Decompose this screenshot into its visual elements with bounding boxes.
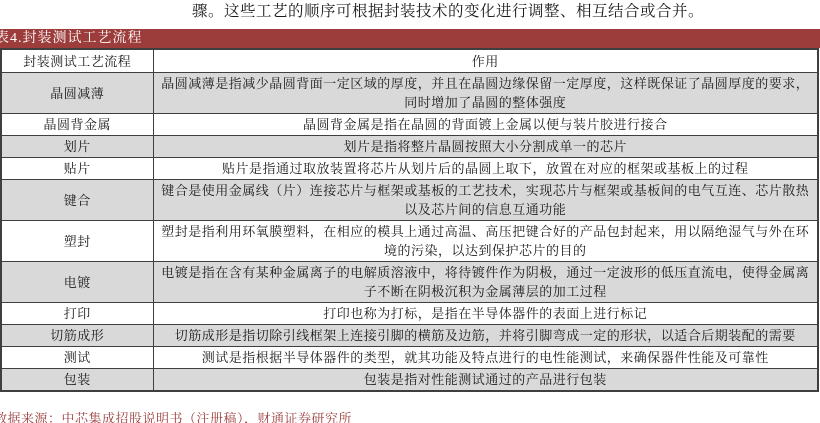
table-row: 打印 打印也称为打标，是指在半导体器件的表面上进行标记: [1, 303, 818, 325]
table-row: 包装 包装是指对性能测试通过的产品进行包装: [1, 369, 818, 392]
table-row: 晶圆减薄 晶圆减薄是指减少晶圆背面一定区域的厚度，并且在晶圆边缘保留一定厚度，这…: [1, 73, 818, 114]
table-row: 塑封 塑封是指利用环氧膜塑料，在相应的模具上通过高温、高压把键合好的产品包封起来…: [1, 221, 818, 262]
table-row: 切筋成形 切筋成形是指切除引线框架上连接引脚的横筋及边筋，并将引脚弯成一定的形状…: [1, 325, 818, 347]
description-cell: 电镀是指在含有某种金属离子的电解质溶液中，将待镀件作为阴极，通过一定波形的低压直…: [153, 262, 818, 303]
table-row: 电镀 电镀是指在含有某种金属离子的电解质溶液中，将待镀件作为阴极，通过一定波形的…: [1, 262, 818, 303]
table-title: 表4.封装测试工艺流程: [0, 29, 143, 48]
intro-paragraph-line: 骤。这些工艺的顺序可根据封装技术的变化进行调整、相互结合或合并。: [192, 0, 704, 21]
process-cell: 贴片: [1, 158, 153, 180]
description-cell: 晶圆减薄是指减少晶圆背面一定区域的厚度，并且在晶圆边缘保留一定厚度，这样既保证了…: [153, 73, 818, 114]
process-table: 封装测试工艺流程 作用 晶圆减薄 晶圆减薄是指减少晶圆背面一定区域的厚度，并且在…: [0, 48, 819, 392]
table-row: 划片 划片是指将整片晶圆按照大小分割成单一的芯片: [1, 136, 818, 158]
table-body: 晶圆减薄 晶圆减薄是指减少晶圆背面一定区域的厚度，并且在晶圆边缘保留一定厚度，这…: [1, 73, 818, 392]
process-cell: 包装: [1, 369, 153, 392]
description-cell: 切筋成形是指切除引线框架上连接引脚的横筋及边筋，并将引脚弯成一定的形状，以适合后…: [153, 325, 818, 347]
table-row: 晶圆背金属 晶圆背金属是指在晶圆的背面镀上金属以便与装片胶进行接合: [1, 114, 818, 136]
table-title-bar: 表4.封装测试工艺流程: [0, 29, 820, 48]
description-cell: 晶圆背金属是指在晶圆的背面镀上金属以便与装片胶进行接合: [153, 114, 818, 136]
data-source-note: 数据来源：中芯集成招股说明书（注册稿），财通证券研究所: [0, 408, 352, 423]
description-cell: 塑封是指利用环氧膜塑料，在相应的模具上通过高温、高压把键合好的产品包封起来，用以…: [153, 221, 818, 262]
table-row: 测试 测试是指根据半导体器件的类型，就其功能及特点进行的电性能测试，来确保器件性…: [1, 347, 818, 369]
description-cell: 测试是指根据半导体器件的类型，就其功能及特点进行的电性能测试，来确保器件性能及可…: [153, 347, 818, 369]
process-cell: 测试: [1, 347, 153, 369]
process-cell: 晶圆减薄: [1, 73, 153, 114]
process-cell: 塑封: [1, 221, 153, 262]
description-cell: 打印也称为打标，是指在半导体器件的表面上进行标记: [153, 303, 818, 325]
process-cell: 切筋成形: [1, 325, 153, 347]
table-row: 贴片 贴片是指通过取放装置将芯片从划片后的晶圆上取下，放置在对应的框架或基板上的…: [1, 158, 818, 180]
table-row: 键合 键合是使用金属线（片）连接芯片与框架或基板的工艺技术，实现芯片与框架或基板…: [1, 180, 818, 221]
process-cell: 划片: [1, 136, 153, 158]
description-cell: 划片是指将整片晶圆按照大小分割成单一的芯片: [153, 136, 818, 158]
description-cell: 键合是使用金属线（片）连接芯片与框架或基板的工艺技术，实现芯片与框架或基板间的电…: [153, 180, 818, 221]
report-page: 骤。这些工艺的顺序可根据封装技术的变化进行调整、相互结合或合并。 表4.封装测试…: [0, 0, 820, 423]
process-cell: 键合: [1, 180, 153, 221]
description-cell: 包装是指对性能测试通过的产品进行包装: [153, 369, 818, 392]
process-cell: 打印: [1, 303, 153, 325]
column-header-function: 作用: [153, 49, 818, 73]
description-cell: 贴片是指通过取放装置将芯片从划片后的晶圆上取下，放置在对应的框架或基板上的过程: [153, 158, 818, 180]
table-header-row: 封装测试工艺流程 作用: [1, 49, 818, 73]
column-header-process: 封装测试工艺流程: [1, 49, 153, 73]
process-cell: 电镀: [1, 262, 153, 303]
process-cell: 晶圆背金属: [1, 114, 153, 136]
